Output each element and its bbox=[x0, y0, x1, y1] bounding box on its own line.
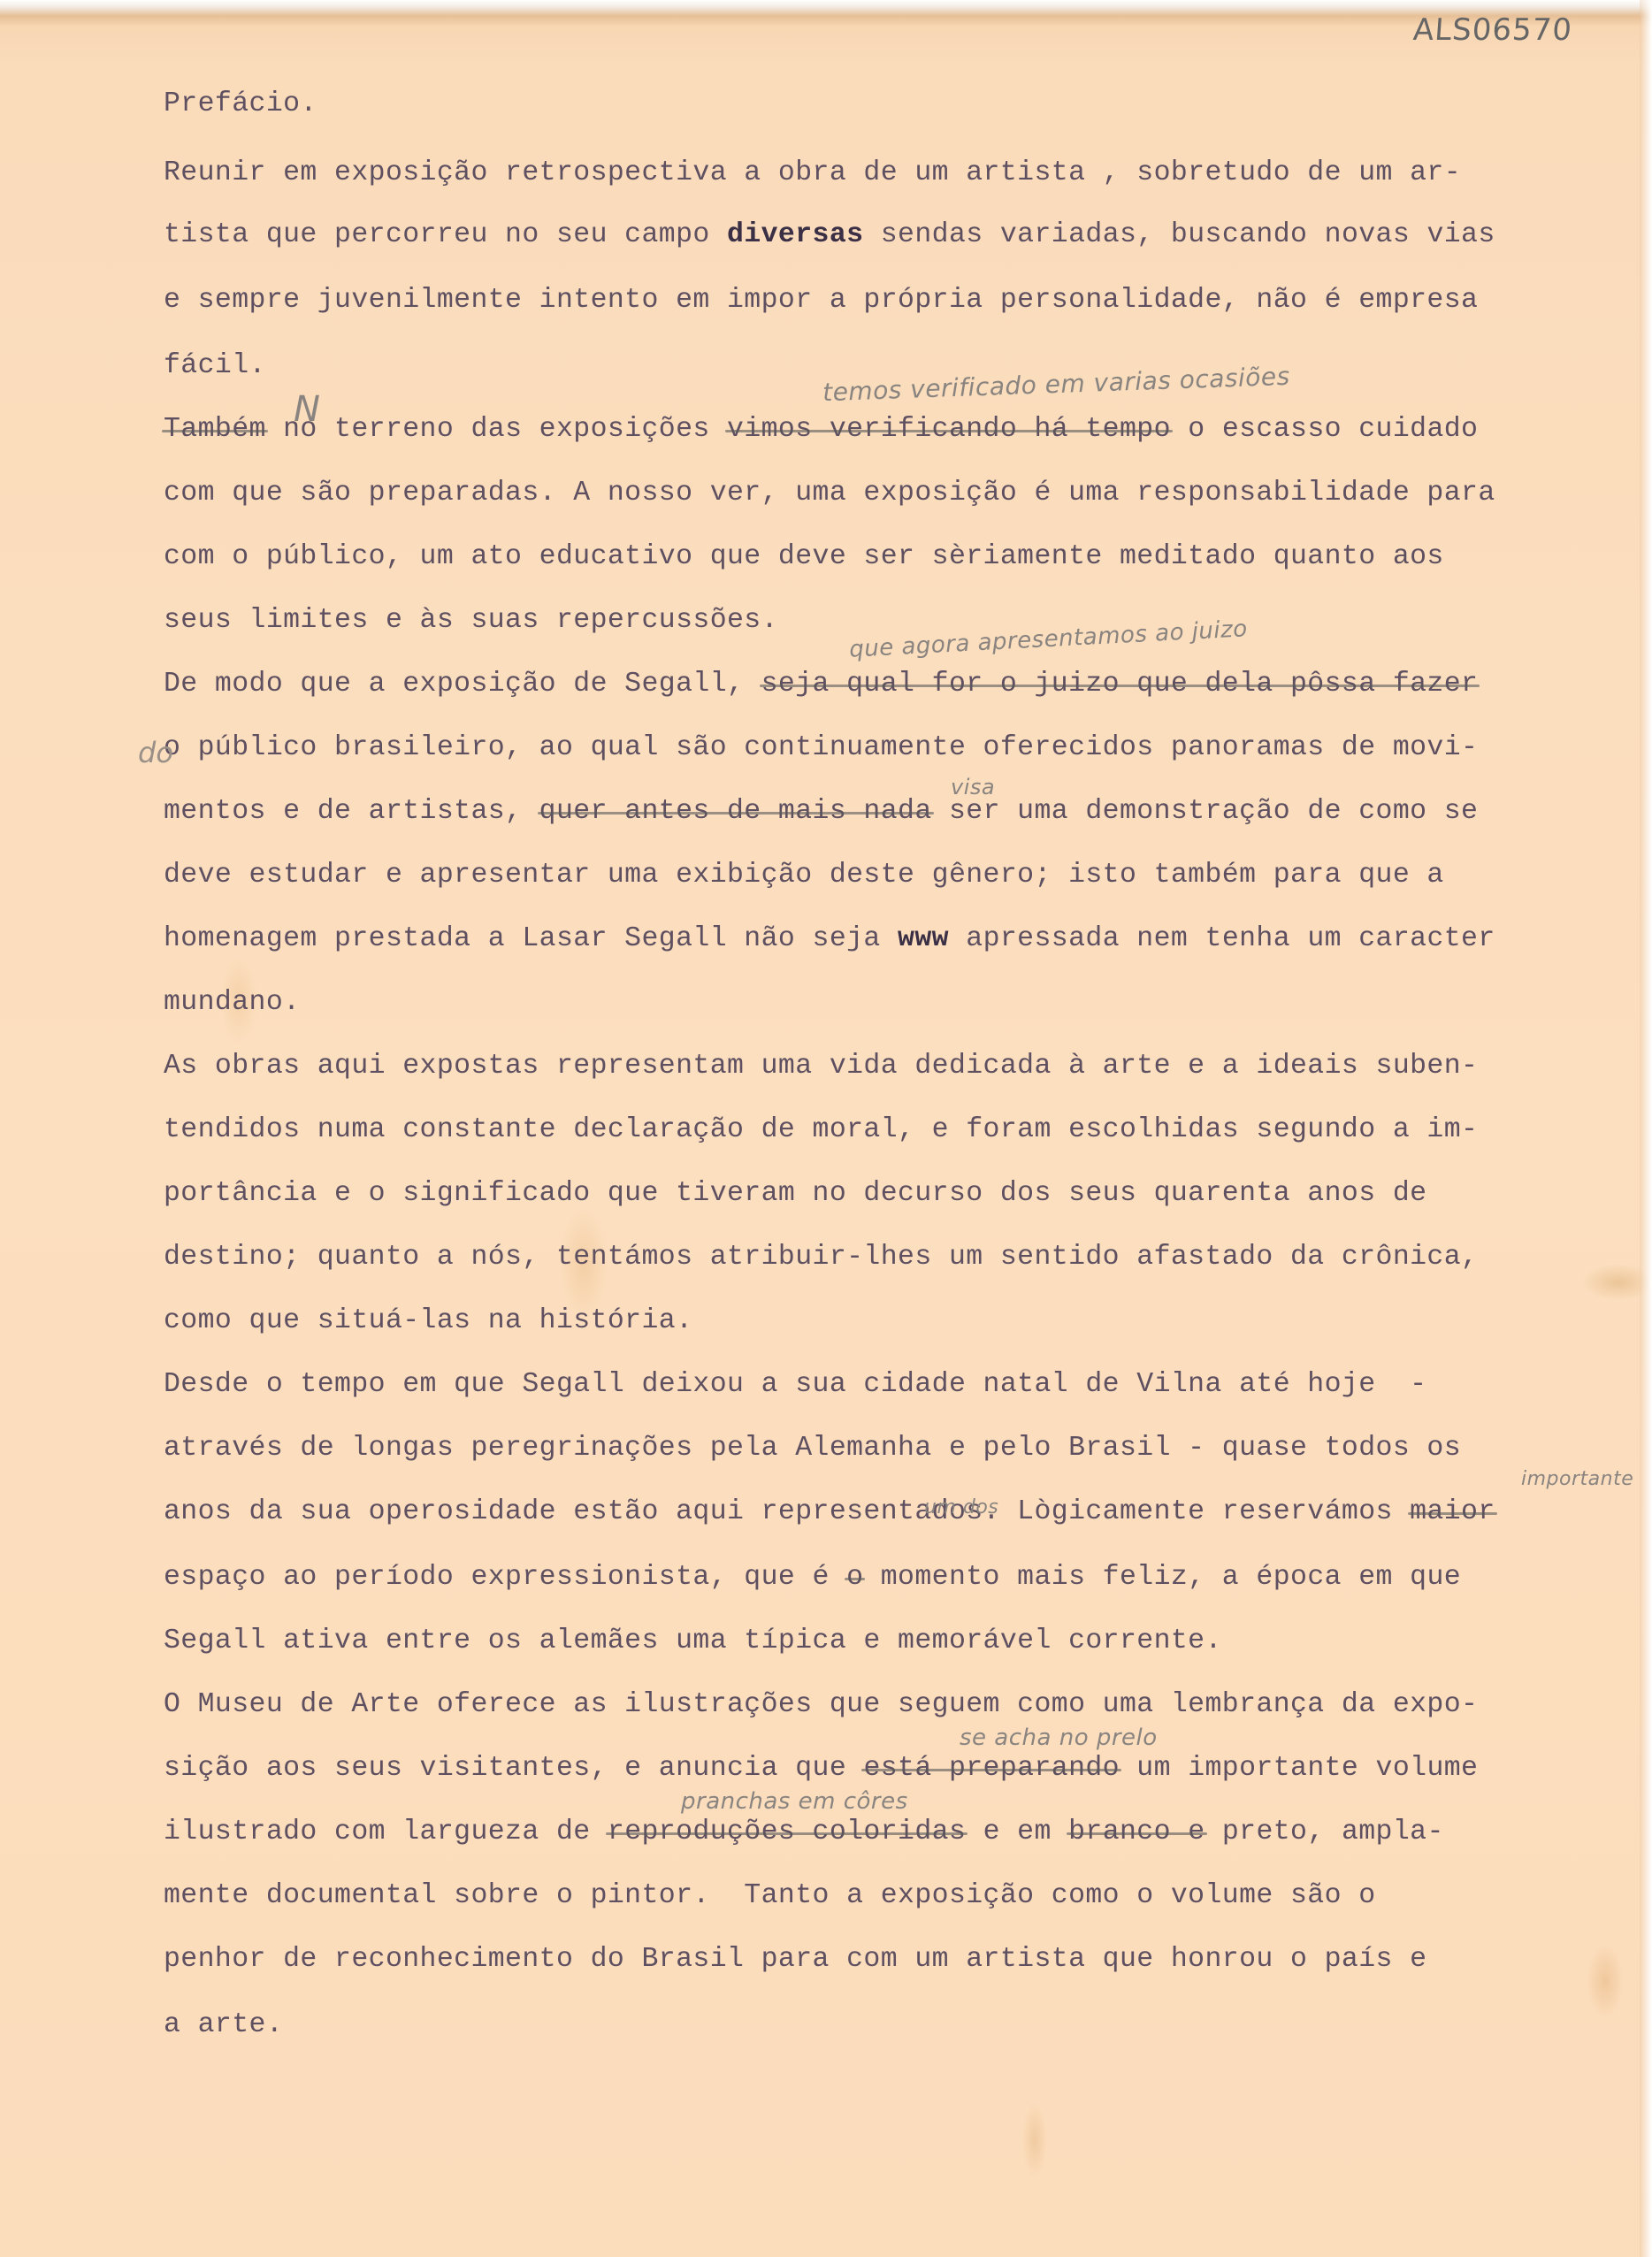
text-line: De modo que a exposição de Segall, seja … bbox=[164, 669, 1478, 700]
annotation-se-acha-no-prelo: se acha no prelo bbox=[960, 1725, 1158, 1751]
text-segment: espaço ao período expressionista, que é bbox=[164, 1562, 846, 1593]
annotation-um-dos: um dos bbox=[924, 1496, 998, 1518]
text-segment: e em bbox=[966, 1817, 1068, 1847]
text-segment: através de longas peregrinações pela Ale… bbox=[164, 1433, 1461, 1464]
struck-text: vimos verificando há tempo bbox=[727, 414, 1171, 445]
text-segment: ilustrado com largueza de bbox=[164, 1817, 608, 1847]
text-line: anos da sua operosidade estão aqui repre… bbox=[164, 1496, 1495, 1527]
text-line: a arte. bbox=[164, 2009, 283, 2040]
text-segment: o público brasileiro, ao qual são contin… bbox=[164, 732, 1478, 763]
text-segment: sendas variadas, buscando novas vias bbox=[863, 219, 1495, 250]
text-line: espaço ao período expressionista, que é … bbox=[164, 1562, 1461, 1593]
text-line: e sempre juvenilmente intento em impor a… bbox=[164, 285, 1478, 316]
struck-text: reproduções coloridas bbox=[608, 1817, 966, 1847]
text-line: o público brasileiro, ao qual são contin… bbox=[164, 732, 1478, 763]
text-segment: no terreno das exposições bbox=[266, 414, 727, 445]
text-line: tendidos numa constante declaração de mo… bbox=[164, 1114, 1478, 1145]
struck-text: está preparando bbox=[863, 1753, 1120, 1784]
text-segment: preto, ampla- bbox=[1205, 1817, 1444, 1847]
text-segment: um importante volume bbox=[1120, 1753, 1478, 1784]
struck-text: Também bbox=[164, 414, 266, 445]
text-line: mente documental sobre o pintor. Tanto a… bbox=[164, 1880, 1376, 1911]
text-line: portância e o significado que tiveram no… bbox=[164, 1178, 1426, 1209]
right-edge bbox=[1640, 0, 1652, 2264]
text-line: como que situá-las na história. bbox=[164, 1305, 692, 1336]
text-line: O Museu de Arte oferece as ilustrações q… bbox=[164, 1689, 1478, 1720]
text-line: com o público, um ato educativo que deve… bbox=[164, 541, 1444, 572]
text-segment: Reunir em exposição retrospectiva a obra… bbox=[164, 157, 1461, 188]
text-segment: penhor de reconhecimento do Brasil para … bbox=[164, 1944, 1426, 1975]
annotation-capital-n: N bbox=[294, 389, 320, 430]
text-segment: As obras aqui expostas representam uma v… bbox=[164, 1051, 1478, 1082]
text-segment: Segall ativa entre os alemães uma típica… bbox=[164, 1625, 1222, 1656]
annotation-visa: visa bbox=[951, 775, 995, 799]
text-line: Desde o tempo em que Segall deixou a sua… bbox=[164, 1369, 1426, 1400]
annotation-pranchas-em-cores: pranchas em côres bbox=[681, 1788, 908, 1815]
text-line: mundano. bbox=[164, 987, 300, 1018]
text-line: seus limites e às suas repercussões. bbox=[164, 605, 778, 636]
text-segment: mundano. bbox=[164, 987, 300, 1018]
text-segment: ser uma demonstração de como se bbox=[932, 796, 1479, 827]
text-segment: a arte. bbox=[164, 2009, 283, 2040]
struck-text: branco e bbox=[1068, 1817, 1205, 1847]
document-title: Prefácio. bbox=[164, 88, 317, 119]
text-segment: e sempre juvenilmente intento em impor a… bbox=[164, 285, 1478, 316]
text-segment: homenagem prestada a Lasar Segall não se… bbox=[164, 923, 898, 954]
text-segment: Desde o tempo em que Segall deixou a sua… bbox=[164, 1369, 1426, 1400]
text-segment: anos da sua operosidade estão aqui repre… bbox=[164, 1496, 1410, 1527]
archive-id: ALS06570 bbox=[1412, 12, 1574, 48]
text-line: ilustrado com largueza de reproduções co… bbox=[164, 1817, 1444, 1847]
text-line: Reunir em exposição retrospectiva a obra… bbox=[164, 157, 1461, 188]
text-line: sição aos seus visitantes, e anuncia que… bbox=[164, 1753, 1478, 1784]
text-segment: com o público, um ato educativo que deve… bbox=[164, 541, 1444, 572]
top-edge-stain bbox=[0, 0, 1652, 27]
text-line: Segall ativa entre os alemães uma típica… bbox=[164, 1625, 1222, 1656]
text-line: destino; quanto a nós, tentámos atribuir… bbox=[164, 1242, 1478, 1273]
struck-text: seja qual for o juizo que dela pôssa faz… bbox=[761, 669, 1479, 700]
text-line: Também no terreno das exposições vimos v… bbox=[164, 414, 1478, 445]
text-segment: O Museu de Arte oferece as ilustrações q… bbox=[164, 1689, 1478, 1720]
text-segment: mente documental sobre o pintor. Tanto a… bbox=[164, 1880, 1376, 1911]
text-segment: o escasso cuidado bbox=[1171, 414, 1478, 445]
text-segment: com que são preparadas. A nosso ver, uma… bbox=[164, 478, 1495, 509]
text-line: fácil. bbox=[164, 350, 266, 381]
annotation-importante: importante bbox=[1521, 1468, 1633, 1490]
text-segment: destino; quanto a nós, tentámos atribuir… bbox=[164, 1242, 1478, 1273]
text-line: tista que percorreu no seu campo diversa… bbox=[164, 219, 1495, 250]
text-line: mentos e de artistas, quer antes de mais… bbox=[164, 796, 1478, 827]
text-line: penhor de reconhecimento do Brasil para … bbox=[164, 1944, 1426, 1975]
text-segment: apressada nem tenha um caracter bbox=[949, 923, 1495, 954]
text-segment: sição aos seus visitantes, e anuncia que bbox=[164, 1753, 863, 1784]
struck-text: quer antes de mais nada bbox=[539, 796, 932, 827]
text-line: homenagem prestada a Lasar Segall não se… bbox=[164, 923, 1495, 954]
annotation-do-margin: do bbox=[138, 736, 173, 769]
text-line: deve estudar e apresentar uma exibição d… bbox=[164, 860, 1444, 891]
struck-text: maior bbox=[1410, 1496, 1495, 1527]
text-segment: seus limites e às suas repercussões. bbox=[164, 605, 778, 636]
text-segment: fácil. bbox=[164, 350, 266, 381]
text-segment: De modo que a exposição de Segall, bbox=[164, 669, 761, 700]
text-segment: portância e o significado que tiveram no… bbox=[164, 1178, 1426, 1209]
text-line: através de longas peregrinações pela Ale… bbox=[164, 1433, 1461, 1464]
struck-text: o bbox=[846, 1562, 863, 1593]
text-segment: tendidos numa constante declaração de mo… bbox=[164, 1114, 1478, 1145]
bottom-edge bbox=[0, 2257, 1652, 2264]
text-segment: como que situá-las na história. bbox=[164, 1305, 692, 1336]
text-line: com que são preparadas. A nosso ver, uma… bbox=[164, 478, 1495, 509]
typed-over-text: www bbox=[898, 923, 949, 954]
text-line: As obras aqui expostas representam uma v… bbox=[164, 1051, 1478, 1082]
text-segment: mentos e de artistas, bbox=[164, 796, 539, 827]
typed-over-text: diversas bbox=[727, 219, 863, 250]
text-segment: deve estudar e apresentar uma exibição d… bbox=[164, 860, 1444, 891]
text-segment: tista que percorreu no seu campo bbox=[164, 219, 727, 250]
text-segment: momento mais feliz, a época em que bbox=[863, 1562, 1461, 1593]
